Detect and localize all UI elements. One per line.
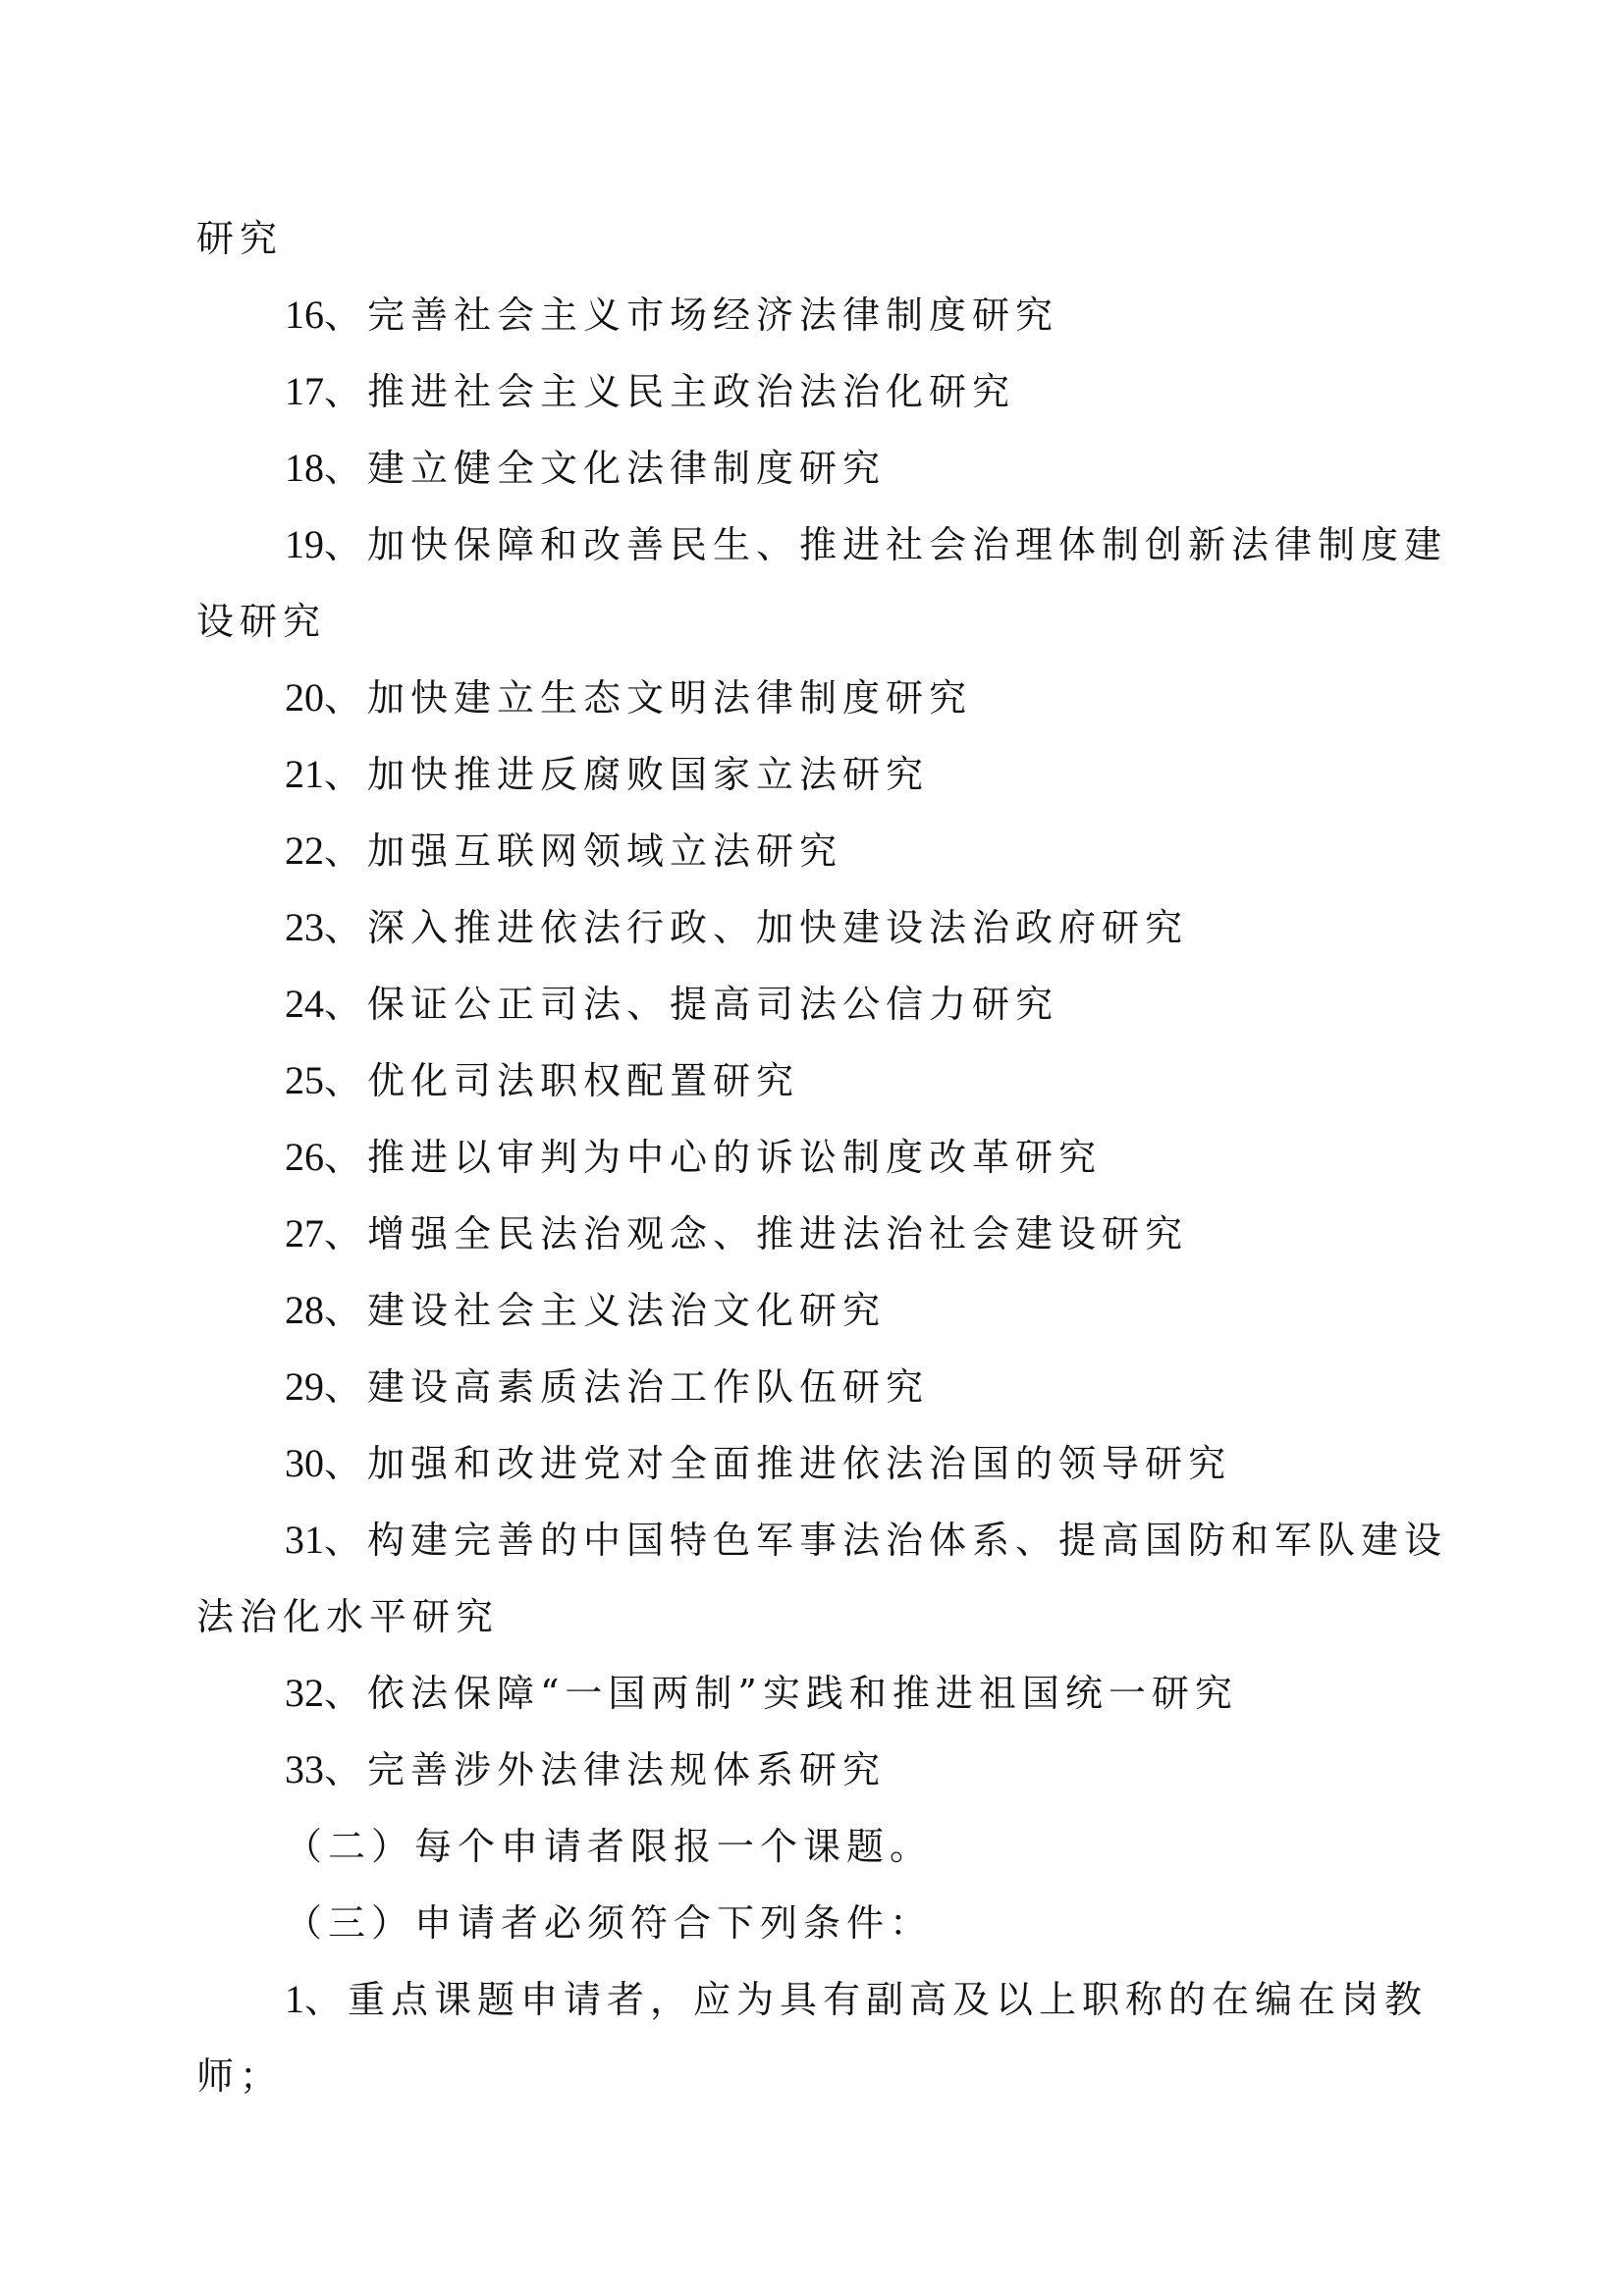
- topic-16: 16、完善社会主义市场经济法律制度研究: [196, 277, 1443, 353]
- topic-text: 、建设高素质法治工作队伍研究: [324, 1365, 929, 1409]
- topic-25: 25、优化司法职权配置研究: [196, 1042, 1443, 1119]
- condition-1: 1、重点课题申请者，应为具有副高及以上职称的在编在岗教: [196, 1961, 1443, 2038]
- topic-number: 19: [285, 522, 324, 566]
- topic-19: 19、加快保障和改善民生、推进社会治理体制创新法律制度建: [196, 507, 1443, 583]
- topic-number: 20: [285, 675, 324, 720]
- section-3-heading: （三）申请者必须符合下列条件：: [196, 1885, 1443, 1961]
- topic-17: 17、推进社会主义民主政治法治化研究: [196, 353, 1443, 430]
- topic-text: 、加强互联网领域立法研究: [324, 829, 842, 873]
- topic-26: 26、推进以审判为中心的诉讼制度改革研究: [196, 1119, 1443, 1196]
- topic-number: 28: [285, 1288, 324, 1332]
- topic-text: 、加强和改进党对全面推进依法治国的领导研究: [324, 1442, 1231, 1485]
- topic-number: 30: [285, 1441, 324, 1485]
- topic-number: 25: [285, 1058, 324, 1102]
- topic-number: 16: [285, 293, 324, 337]
- topic-33: 33、完善涉外法律法规体系研究: [196, 1732, 1443, 1808]
- topic-number: 32: [285, 1671, 324, 1715]
- topic-18: 18、建立健全文化法律制度研究: [196, 430, 1443, 507]
- topic-number: 29: [285, 1364, 324, 1409]
- topic-text: 、深入推进依法行政、加快建设法治政府研究: [324, 906, 1188, 949]
- topic-text: 、保证公正司法、提高司法公信力研究: [324, 983, 1058, 1026]
- topic-32: 32、依法保障“一国两制”实践和推进祖国统一研究: [196, 1655, 1443, 1732]
- topic-number: 21: [285, 752, 324, 796]
- topic-text: 、构建完善的中国特色军事法治体系、提高国防和军队建设: [324, 1519, 1447, 1562]
- topic-28: 28、建设社会主义法治文化研究: [196, 1272, 1443, 1349]
- topic-text: 、完善社会主义市场经济法律制度研究: [324, 294, 1058, 337]
- topic-number: 23: [285, 905, 324, 949]
- topic-number: 17: [285, 369, 324, 413]
- topic-27: 27、增强全民法治观念、推进法治社会建设研究: [196, 1196, 1443, 1272]
- topic-number: 18: [285, 446, 324, 490]
- topic-31: 31、构建完善的中国特色军事法治体系、提高国防和军队建设: [196, 1502, 1443, 1578]
- topic-text: 、加快建立生态文明法律制度研究: [324, 676, 972, 720]
- section-2-heading: （二）每个申请者限报一个课题。: [196, 1808, 1443, 1885]
- topic-number: 24: [285, 982, 324, 1026]
- document-page: 研究 16、完善社会主义市场经济法律制度研究 17、推进社会主义民主政治法治化研…: [196, 200, 1443, 2114]
- topic-31-continuation: 法治化水平研究: [196, 1578, 1443, 1655]
- topic-number: 33: [285, 1747, 324, 1791]
- topic-text: 、增强全民法治观念、推进法治社会建设研究: [324, 1212, 1188, 1255]
- topic-text: 、依法保障“一国两制”实践和推进祖国统一研究: [324, 1672, 1238, 1715]
- topic-24: 24、保证公正司法、提高司法公信力研究: [196, 966, 1443, 1042]
- topic-number: 31: [285, 1518, 324, 1562]
- topic-30: 30、加强和改进党对全面推进依法治国的领导研究: [196, 1425, 1443, 1502]
- topic-text: 、加快推进反腐败国家立法研究: [324, 753, 929, 796]
- topic-text: 、建设社会主义法治文化研究: [324, 1289, 886, 1332]
- topic-19-continuation: 设研究: [196, 583, 1443, 660]
- topic-number: 26: [285, 1135, 324, 1179]
- topic-text: 、建立健全文化法律制度研究: [324, 447, 886, 490]
- topic-23: 23、深入推进依法行政、加快建设法治政府研究: [196, 889, 1443, 966]
- condition-text: 、重点课题申请者，应为具有副高及以上职称的在编在岗教: [304, 1978, 1428, 2021]
- paragraph-continuation: 研究: [196, 200, 1443, 277]
- topic-21: 21、加快推进反腐败国家立法研究: [196, 736, 1443, 813]
- condition-number: 1: [285, 1977, 304, 2021]
- topic-number: 22: [285, 828, 324, 873]
- topic-text: 、加快保障和改善民生、推进社会治理体制创新法律制度建: [324, 523, 1447, 566]
- topic-20: 20、加快建立生态文明法律制度研究: [196, 660, 1443, 736]
- topic-text: 、优化司法职权配置研究: [324, 1059, 799, 1102]
- topic-number: 27: [285, 1211, 324, 1255]
- topic-22: 22、加强互联网领域立法研究: [196, 813, 1443, 889]
- condition-1-continuation: 师；: [196, 2038, 1443, 2114]
- topic-text: 、推进社会主义民主政治法治化研究: [324, 370, 1015, 413]
- topic-text: 、完善涉外法律法规体系研究: [324, 1748, 886, 1791]
- topic-29: 29、建设高素质法治工作队伍研究: [196, 1349, 1443, 1425]
- topic-text: 、推进以审判为中心的诉讼制度改革研究: [324, 1136, 1102, 1179]
